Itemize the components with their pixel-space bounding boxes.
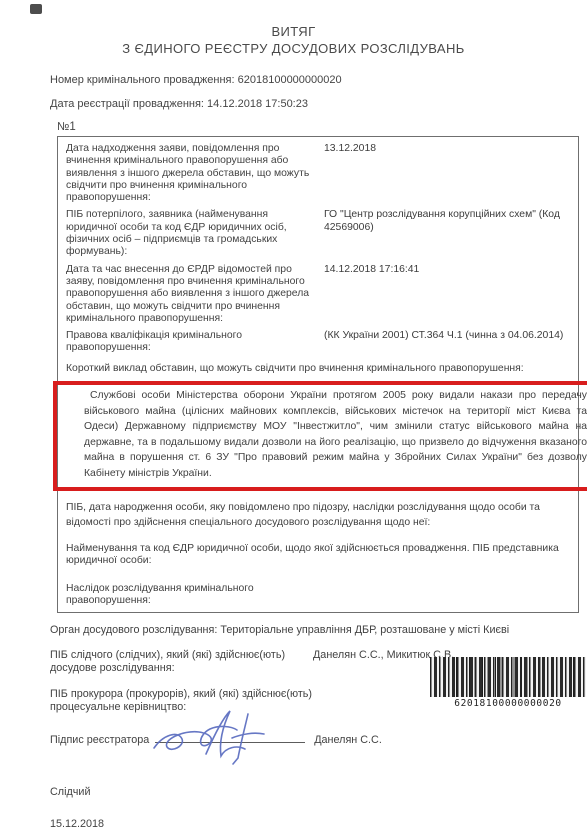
row-label-report-date: Дата надходження заяви, повідомлення про… xyxy=(66,143,316,204)
registration-date-label: Дата реєстрації провадження: xyxy=(50,98,204,110)
highlighted-summary: Службові особи Міністерства оборони Укра… xyxy=(53,381,587,491)
row-value-report-date: 13.12.2018 xyxy=(324,143,570,204)
row-value-victim: ГО "Центр розслідування корупційних схем… xyxy=(324,209,570,258)
case-number-label: Номер кримінального провадження: xyxy=(50,74,235,86)
position-line: Слідчий xyxy=(50,786,587,798)
table-row: Дата надходження заяви, повідомлення про… xyxy=(66,143,570,204)
row-label-entry-date: Дата та час внесення до ЄРДР відомостей … xyxy=(66,264,316,325)
document-footer: Орган досудового розслідування: Територі… xyxy=(50,624,587,830)
registrar-signature-row: Підпис реєстратора Данелян С.С. xyxy=(50,732,587,752)
signature-underline xyxy=(155,732,305,743)
record-number: №1 xyxy=(57,121,587,133)
result-label: Наслідок розслідування кримінального пра… xyxy=(66,583,301,608)
barcode-block: 62018100000000020 xyxy=(430,657,586,709)
registration-date-value: 14.12.2018 17:50:23 xyxy=(207,98,308,110)
entity-paragraph: Найменування та код ЄДР юридичної особи,… xyxy=(66,543,570,568)
row-label-victim: ПІБ потерпілого, заявника (найменування … xyxy=(66,209,316,258)
table-row: Дата та час внесення до ЄРДР відомостей … xyxy=(66,264,570,325)
scan-corner-mark xyxy=(30,4,42,14)
investigator-label: ПІБ слідчого (слідчих), який (які) здійс… xyxy=(50,649,313,675)
document-date: 15.12.2018 xyxy=(50,818,587,830)
table-row: ПІБ потерпілого, заявника (найменування … xyxy=(66,209,570,258)
row-value-entry-date: 14.12.2018 17:16:41 xyxy=(324,264,570,325)
barcode-icon xyxy=(430,657,586,697)
barcode-number: 62018100000000020 xyxy=(430,698,586,709)
table-row: Правова кваліфікація кримінального право… xyxy=(66,330,570,355)
signature-label: Підпис реєстратора xyxy=(50,734,149,746)
document-page: ВИТЯГ З ЄДИНОГО РЕЄСТРУ ДОСУДОВИХ РОЗСЛІ… xyxy=(0,0,587,831)
case-number-line: Номер кримінального провадження: 6201810… xyxy=(50,74,587,86)
case-details-table: Дата надходження заяви, повідомлення про… xyxy=(57,136,579,613)
investigation-authority-line: Орган досудового розслідування: Територі… xyxy=(50,624,587,636)
case-number-value: 62018100000000020 xyxy=(238,74,342,86)
registration-date-line: Дата реєстрації провадження: 14.12.2018 … xyxy=(50,98,587,110)
summary-heading: Короткий виклад обставин, що можуть свід… xyxy=(66,363,570,375)
document-title: ВИТЯГ З ЄДИНОГО РЕЄСТРУ ДОСУДОВИХ РОЗСЛІ… xyxy=(0,0,587,57)
prosecutor-label: ПІБ прокурора (прокурорів), який (які) з… xyxy=(50,688,313,714)
title-line-1: ВИТЯГ xyxy=(0,23,587,40)
row-label-legal-qualification: Правова кваліфікація кримінального право… xyxy=(66,330,316,355)
signature-name: Данелян С.С. xyxy=(314,734,382,746)
row-value-legal-qualification: (КК України 2001) СТ.364 Ч.1 (чинна з 04… xyxy=(324,330,570,355)
title-line-2: З ЄДИНОГО РЕЄСТРУ ДОСУДОВИХ РОЗСЛІДУВАНЬ xyxy=(0,40,587,57)
suspect-paragraph: ПІБ, дата народження особи, яку повідомл… xyxy=(66,500,570,530)
